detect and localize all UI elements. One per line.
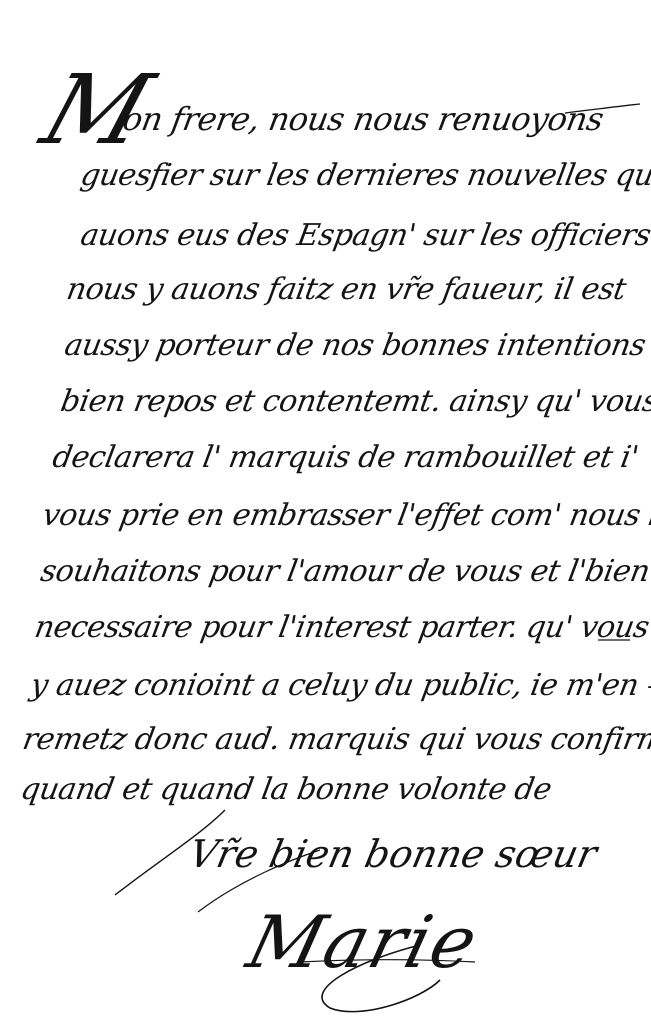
closing-flourish-stroke: [0, 0, 651, 1024]
letter-page: M on frere, nous nous renuoyons guesfier…: [0, 0, 651, 1024]
